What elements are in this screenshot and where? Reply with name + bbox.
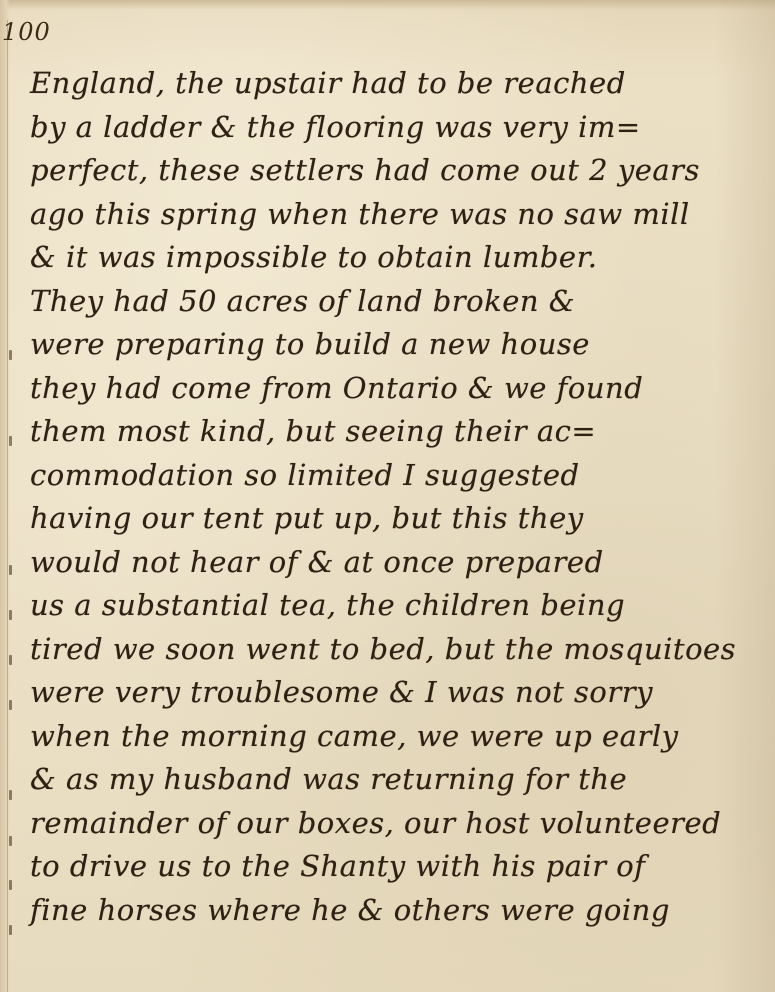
- margin-mark: [9, 350, 12, 360]
- text-line: England, the upstair had to be reached: [30, 62, 770, 106]
- handwritten-text: England, the upstair had to be reached b…: [30, 62, 770, 932]
- text-line: perfect, these settlers had come out 2 y…: [30, 149, 770, 193]
- text-line: by a ladder & the flooring was very im=: [30, 106, 770, 150]
- text-line: to drive us to the Shanty with his pair …: [30, 845, 770, 889]
- margin-mark: [9, 700, 12, 710]
- text-line: tired we soon went to bed, but the mosqu…: [30, 628, 770, 672]
- text-line: They had 50 acres of land broken &: [30, 280, 770, 324]
- text-line: fine horses where he & others were going: [30, 889, 770, 933]
- margin-mark: [9, 655, 12, 665]
- manuscript-page: 100 England, the upstair had to be reach…: [0, 0, 775, 992]
- margin-mark: [9, 836, 12, 846]
- text-line: remainder of our boxes, our host volunte…: [30, 802, 770, 846]
- margin-mark: [9, 790, 12, 800]
- page-number: 100: [2, 18, 51, 46]
- text-line: & as my husband was returning for the: [30, 758, 770, 802]
- text-line: them most kind, but seeing their ac=: [30, 410, 770, 454]
- margin-mark: [9, 610, 12, 620]
- text-line: commodation so limited I suggested: [30, 454, 770, 498]
- text-line: & it was impossible to obtain lumber.: [30, 236, 770, 280]
- text-line: having our tent put up, but this they: [30, 497, 770, 541]
- page-top-edge: [0, 0, 775, 10]
- text-line: when the morning came, we were up early: [30, 715, 770, 759]
- margin-mark: [9, 880, 12, 890]
- margin-mark: [9, 436, 12, 446]
- text-line: ago this spring when there was no saw mi…: [30, 193, 770, 237]
- text-line: were preparing to build a new house: [30, 323, 770, 367]
- margin-mark: [9, 565, 12, 575]
- text-line: were very troublesome & I was not sorry: [30, 671, 770, 715]
- text-line: would not hear of & at once prepared: [30, 541, 770, 585]
- margin-rule: [7, 20, 8, 992]
- margin-mark: [9, 925, 12, 935]
- text-line: they had come from Ontario & we found: [30, 367, 770, 411]
- text-line: us a substantial tea, the children being: [30, 584, 770, 628]
